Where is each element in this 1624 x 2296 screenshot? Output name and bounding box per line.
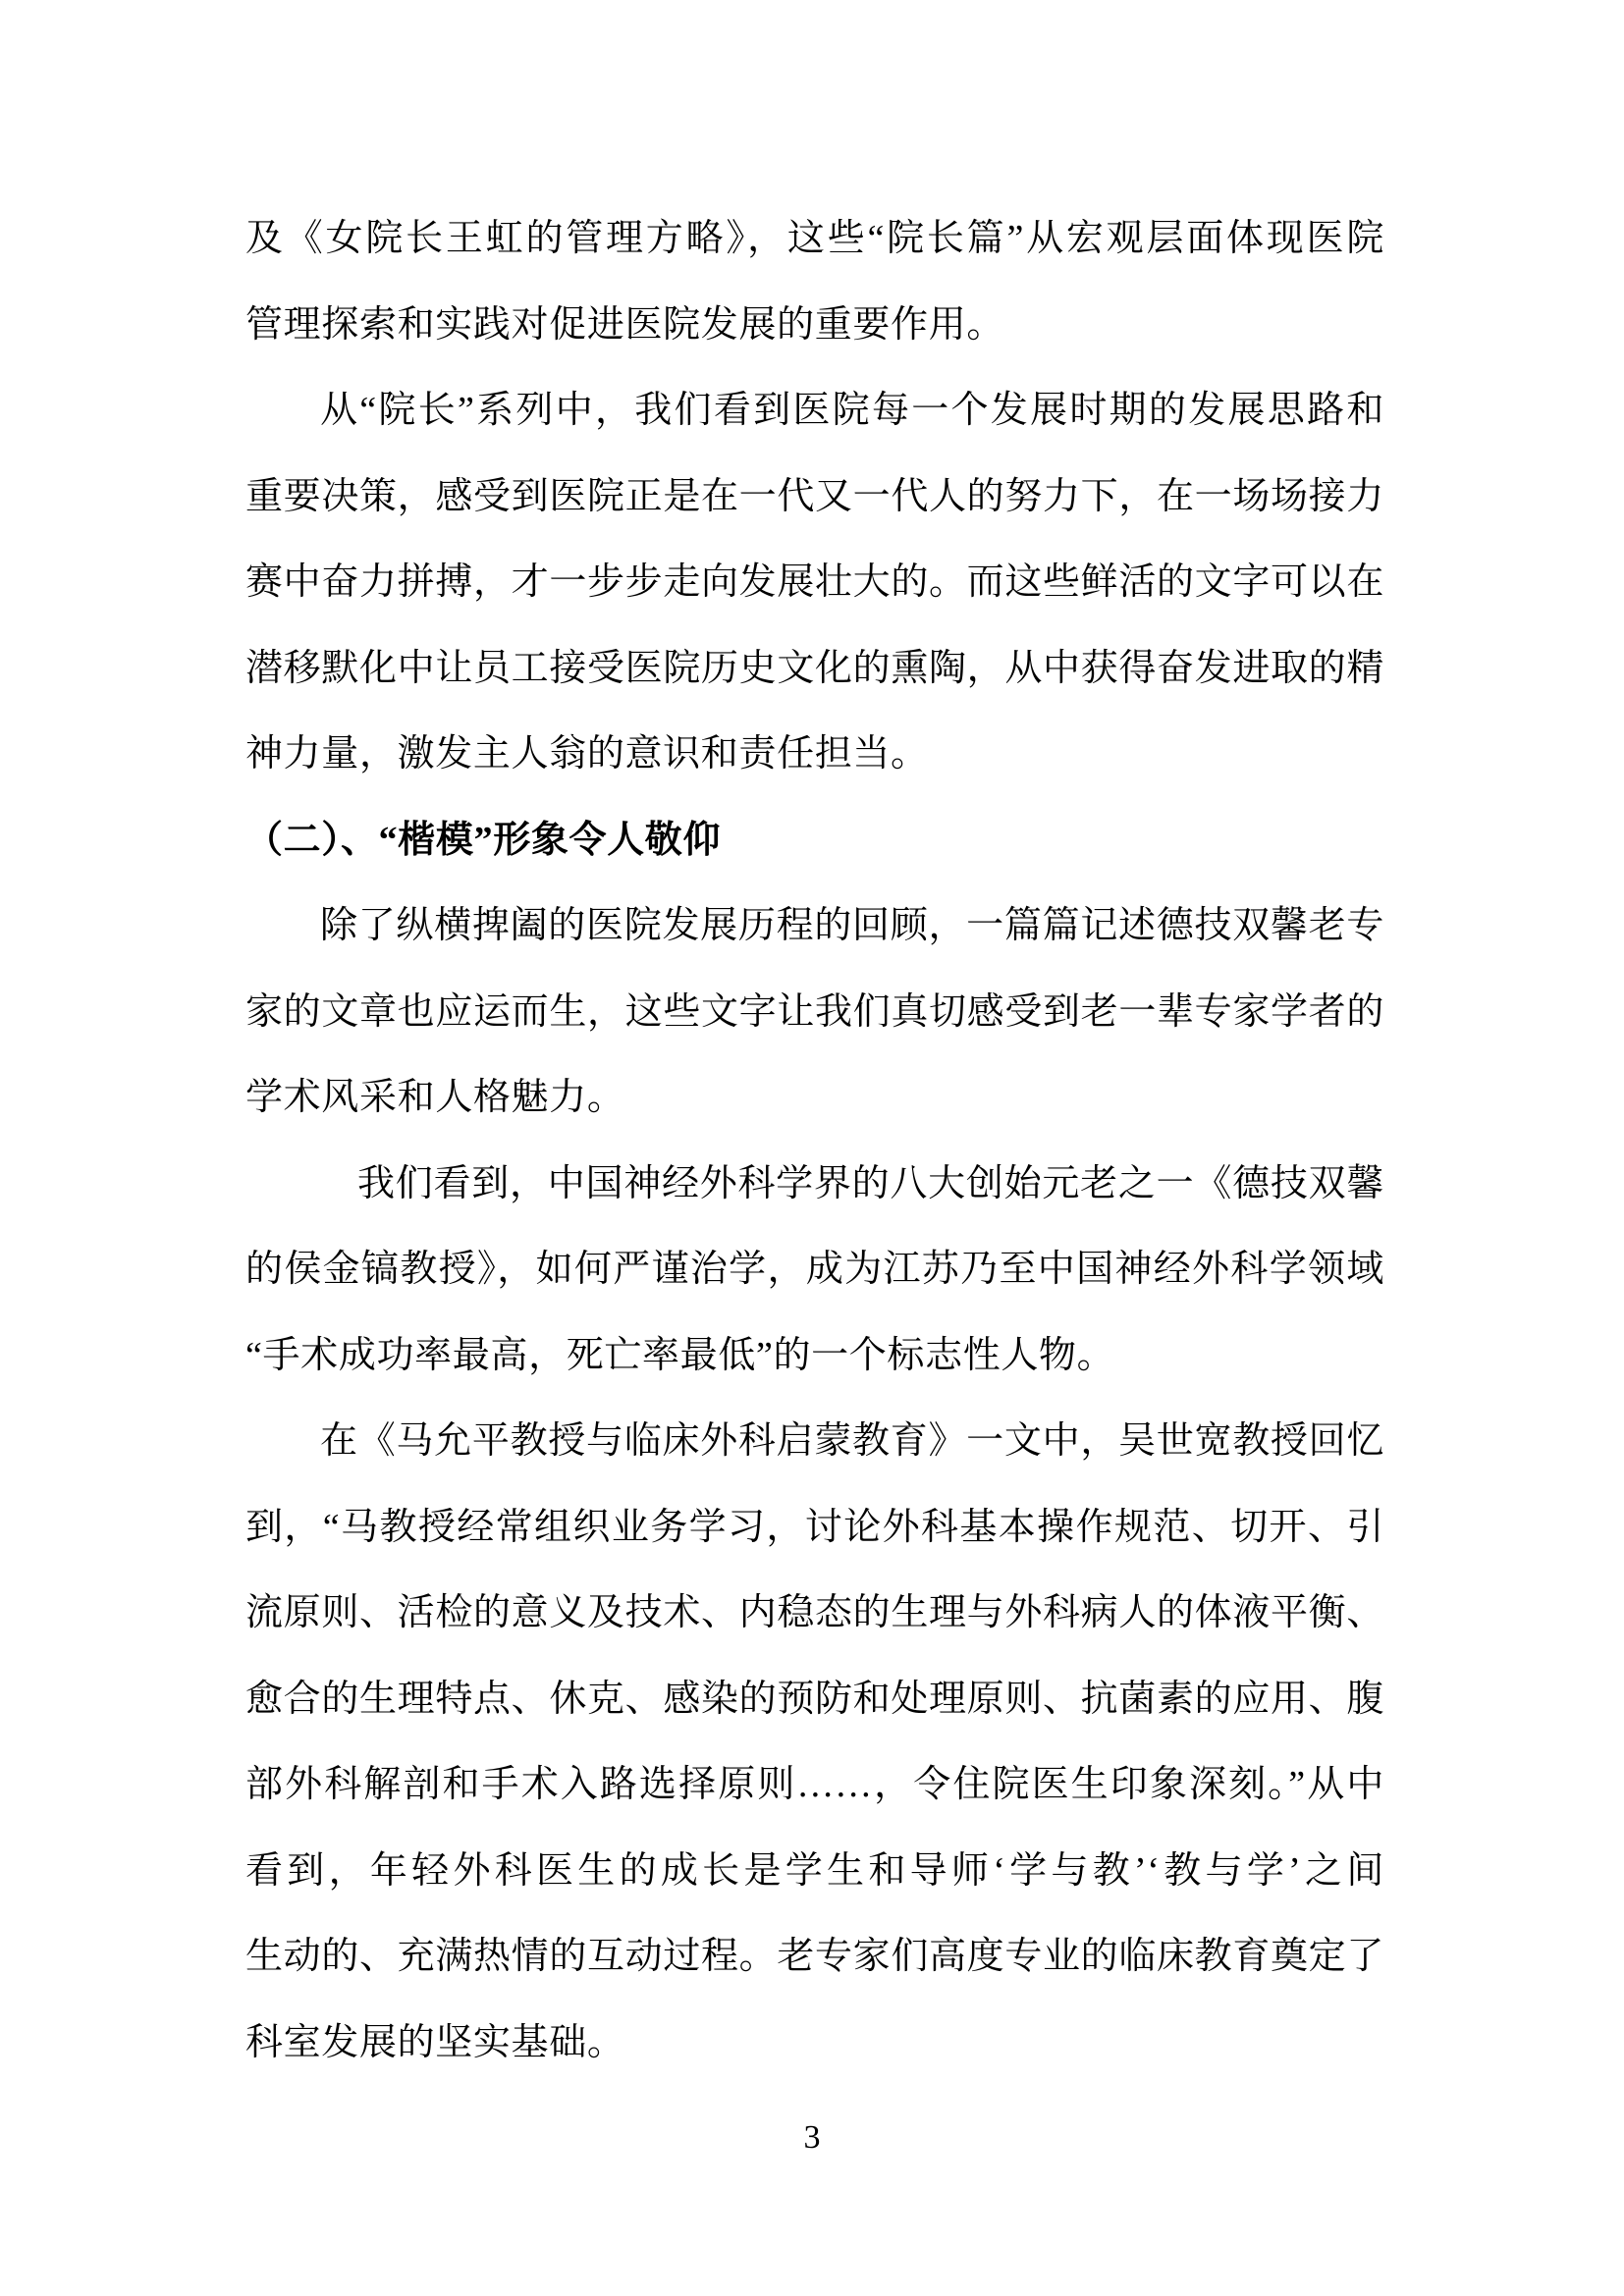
text-line: 重要决策，感受到医院正是在一代又一代人的努力下，在一场场接力 bbox=[245, 454, 1384, 541]
paragraph: 除了纵横捭阖的医院发展历程的回顾，一篇篇记述德技双馨老专家的文章也应运而生，这些… bbox=[245, 883, 1384, 1142]
text-line: 神力量，激发主人翁的意识和责任担当。 bbox=[245, 712, 1384, 798]
text-line: 学术风采和人格魅力。 bbox=[245, 1055, 1384, 1142]
text-line: 到，“马教授经常组织业务学习，讨论外科基本操作规范、切开、引 bbox=[245, 1485, 1384, 1572]
page-number: 3 bbox=[0, 2116, 1624, 2160]
text-line: “手术成功率最高，死亡率最低”的一个标志性人物。 bbox=[245, 1313, 1384, 1400]
text-line: 我们看到，中国神经外科学界的八大创始元老之一《德技双馨 bbox=[245, 1142, 1384, 1228]
text-line: 及《女院长王虹的管理方略》，这些“院长篇”从宏观层面体现医院 bbox=[245, 196, 1384, 283]
text-line: 潜移默化中让员工接受医院历史文化的熏陶，从中获得奋发进取的精 bbox=[245, 626, 1384, 713]
section-heading: （二）、“楷模”形象令人敬仰 bbox=[245, 798, 1384, 884]
text-line: 部外科解剖和手术入路选择原则……，令住院医生印象深刻。”从中 bbox=[245, 1742, 1384, 1829]
document-page: 及《女院长王虹的管理方略》，这些“院长篇”从宏观层面体现医院管理探索和实践对促进… bbox=[0, 0, 1624, 2296]
heading-line: （二）、“楷模”形象令人敬仰 bbox=[245, 798, 1384, 884]
text-line: 在《马允平教授与临床外科启蒙教育》一文中，吴世宽教授回忆 bbox=[245, 1399, 1384, 1485]
paragraph: 从“院长”系列中，我们看到医院每一个发展时期的发展思路和重要决策，感受到医院正是… bbox=[245, 368, 1384, 798]
text-line: 除了纵横捭阖的医院发展历程的回顾，一篇篇记述德技双馨老专 bbox=[245, 883, 1384, 970]
text-line: 看到，年轻外科医生的成长是学生和导师‘学与教’‘教与学’之间 bbox=[245, 1829, 1384, 1915]
text-line: 管理探索和实践对促进医院发展的重要作用。 bbox=[245, 283, 1384, 369]
paragraph: 我们看到，中国神经外科学界的八大创始元老之一《德技双馨的侯金镐教授》，如何严谨治… bbox=[245, 1142, 1384, 1400]
text-line: 愈合的生理特点、休克、感染的预防和处理原则、抗菌素的应用、腹 bbox=[245, 1657, 1384, 1743]
text-line: 流原则、活检的意义及技术、内稳态的生理与外科病人的体液平衡、 bbox=[245, 1571, 1384, 1657]
paragraph: 及《女院长王虹的管理方略》，这些“院长篇”从宏观层面体现医院管理探索和实践对促进… bbox=[245, 196, 1384, 368]
paragraph: 在《马允平教授与临床外科启蒙教育》一文中，吴世宽教授回忆到，“马教授经常组织业务… bbox=[245, 1399, 1384, 2086]
document-body: 及《女院长王虹的管理方略》，这些“院长篇”从宏观层面体现医院管理探索和实践对促进… bbox=[245, 196, 1384, 2086]
text-line: 家的文章也应运而生，这些文字让我们真切感受到老一辈专家学者的 bbox=[245, 970, 1384, 1056]
text-line: 生动的、充满热情的互动过程。老专家们高度专业的临床教育奠定了 bbox=[245, 1914, 1384, 2001]
text-line: 赛中奋力拼搏，才一步步走向发展壮大的。而这些鲜活的文字可以在 bbox=[245, 540, 1384, 626]
text-line: 科室发展的坚实基础。 bbox=[245, 2001, 1384, 2087]
text-line: 从“院长”系列中，我们看到医院每一个发展时期的发展思路和 bbox=[245, 368, 1384, 454]
text-line: 的侯金镐教授》，如何严谨治学，成为江苏乃至中国神经外科学领域 bbox=[245, 1227, 1384, 1313]
